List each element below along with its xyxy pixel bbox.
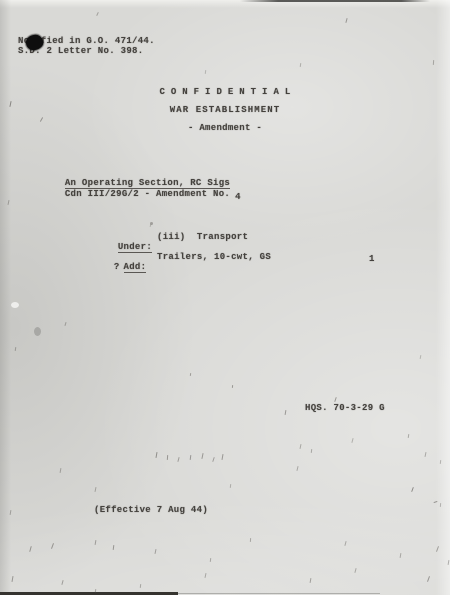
smudge-mark xyxy=(11,302,19,308)
smudge-mark xyxy=(150,222,153,225)
scratch-mark xyxy=(155,452,157,458)
scratch-mark xyxy=(300,63,302,67)
scratch-mark xyxy=(232,385,233,388)
scratch-mark xyxy=(96,12,99,16)
scratch-mark xyxy=(95,540,97,545)
scratch-mark xyxy=(40,117,43,122)
scanned-document-page: Notified in G.O. 471/44. S.D. 2 Letter N… xyxy=(0,0,450,595)
scratch-mark xyxy=(344,541,346,546)
scratch-mark xyxy=(15,347,17,351)
under-value: (iii) Transport xyxy=(157,232,248,242)
scan-edge-bottom-line-faint xyxy=(170,593,380,594)
scratch-mark xyxy=(345,18,347,23)
effective-date: (Effective 7 Aug 44) xyxy=(94,505,208,515)
scratch-mark xyxy=(51,543,54,549)
scratch-mark xyxy=(177,457,179,462)
scratch-mark xyxy=(334,397,336,402)
scratch-mark xyxy=(64,322,66,326)
scratch-mark xyxy=(201,453,203,459)
document-title: WAR ESTABLISHMENT xyxy=(0,105,450,115)
add-quantity: 1 xyxy=(369,254,375,264)
add-prefix: ? xyxy=(114,262,120,272)
add-label: Add: xyxy=(124,262,147,273)
scratch-mark xyxy=(140,584,142,588)
scratch-mark xyxy=(167,455,168,460)
add-row: ?Add: xyxy=(91,252,146,283)
scratch-mark xyxy=(285,410,287,415)
document-subtitle: - Amendment - xyxy=(0,123,450,133)
scratch-mark xyxy=(299,444,301,449)
scratch-mark xyxy=(221,454,223,460)
scratch-mark xyxy=(424,452,426,457)
scratch-mark xyxy=(154,549,156,554)
scratch-mark xyxy=(61,580,63,585)
amendment-number: 4 xyxy=(235,192,241,202)
scratch-mark xyxy=(60,468,62,473)
scratch-mark xyxy=(10,510,12,515)
scratch-mark xyxy=(94,487,96,492)
scratch-mark xyxy=(250,538,251,542)
scratch-mark xyxy=(29,546,32,552)
scratch-mark xyxy=(190,455,192,460)
scratch-mark xyxy=(296,466,298,471)
scratch-mark xyxy=(408,434,410,438)
scratch-mark xyxy=(400,553,402,558)
establishment-reference-line: Cdn III/29G/2 - Amendment No.4 xyxy=(42,179,241,209)
scratch-mark xyxy=(351,438,353,443)
scratch-mark xyxy=(433,60,434,65)
classification-heading: C O N F I D E N T I A L xyxy=(0,87,450,97)
scratch-mark xyxy=(205,70,207,74)
scratch-mark xyxy=(113,545,115,550)
smudge-mark xyxy=(34,327,41,336)
scratch-mark xyxy=(420,355,422,359)
scratch-mark xyxy=(210,558,212,562)
file-reference: HQS. 70-3-29 G xyxy=(305,403,385,413)
scratch-mark xyxy=(11,576,13,582)
scratch-mark xyxy=(230,484,232,488)
scratch-mark xyxy=(204,573,206,578)
scratch-mark xyxy=(310,578,312,583)
scratch-mark xyxy=(354,568,356,573)
scratch-mark xyxy=(212,457,214,462)
scan-edge-top-line xyxy=(240,0,430,2)
add-value: Trailers, 10-cwt, GS xyxy=(157,252,271,262)
scratch-mark xyxy=(190,373,192,376)
establishment-reference: Cdn III/29G/2 - Amendment No. xyxy=(65,189,230,199)
scratch-mark xyxy=(411,487,414,492)
scratch-mark xyxy=(427,576,430,582)
scratch-mark xyxy=(311,449,313,453)
